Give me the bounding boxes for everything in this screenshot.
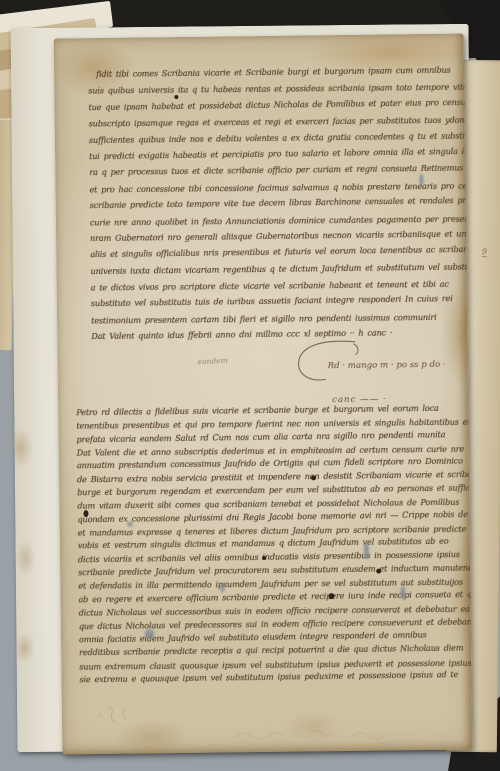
gray-smudge — [145, 629, 154, 638]
faint-marks — [92, 702, 138, 725]
ink-speck — [83, 510, 88, 517]
show-through-marks — [232, 722, 402, 744]
charter-entry-1: fidit tibi comes Scribania vicarie et Sc… — [88, 62, 451, 345]
manuscript-photo: 9 fidit tibi comes Scribania vicarie et … — [0, 0, 500, 771]
ink-speck — [262, 556, 266, 560]
folio-mark: 9 — [482, 248, 487, 257]
gray-smudge — [400, 586, 405, 599]
gray-smudge — [220, 582, 224, 592]
ink-speck — [174, 95, 178, 99]
gray-smudge — [419, 174, 423, 186]
manuscript-page: fidit tibi comes Scribania vicarie et Sc… — [54, 34, 473, 755]
ink-speck — [311, 475, 316, 480]
gray-smudge — [128, 522, 133, 527]
manuscript-line: testimonium presentem cartam tibi fieri … — [91, 309, 451, 329]
gray-smudge — [364, 543, 369, 559]
charter-entry-2: Petro rd dilectis a fidelibus suis vicar… — [76, 402, 457, 687]
manuscript-line: curie nre anno quolibet in festo Annunci… — [90, 210, 450, 230]
ink-speck — [376, 569, 381, 574]
ink-speck — [328, 593, 334, 599]
catchword: eandem — [197, 356, 227, 366]
chancery-note-line1: Rd · mango m · po ss p do · — [328, 360, 446, 371]
